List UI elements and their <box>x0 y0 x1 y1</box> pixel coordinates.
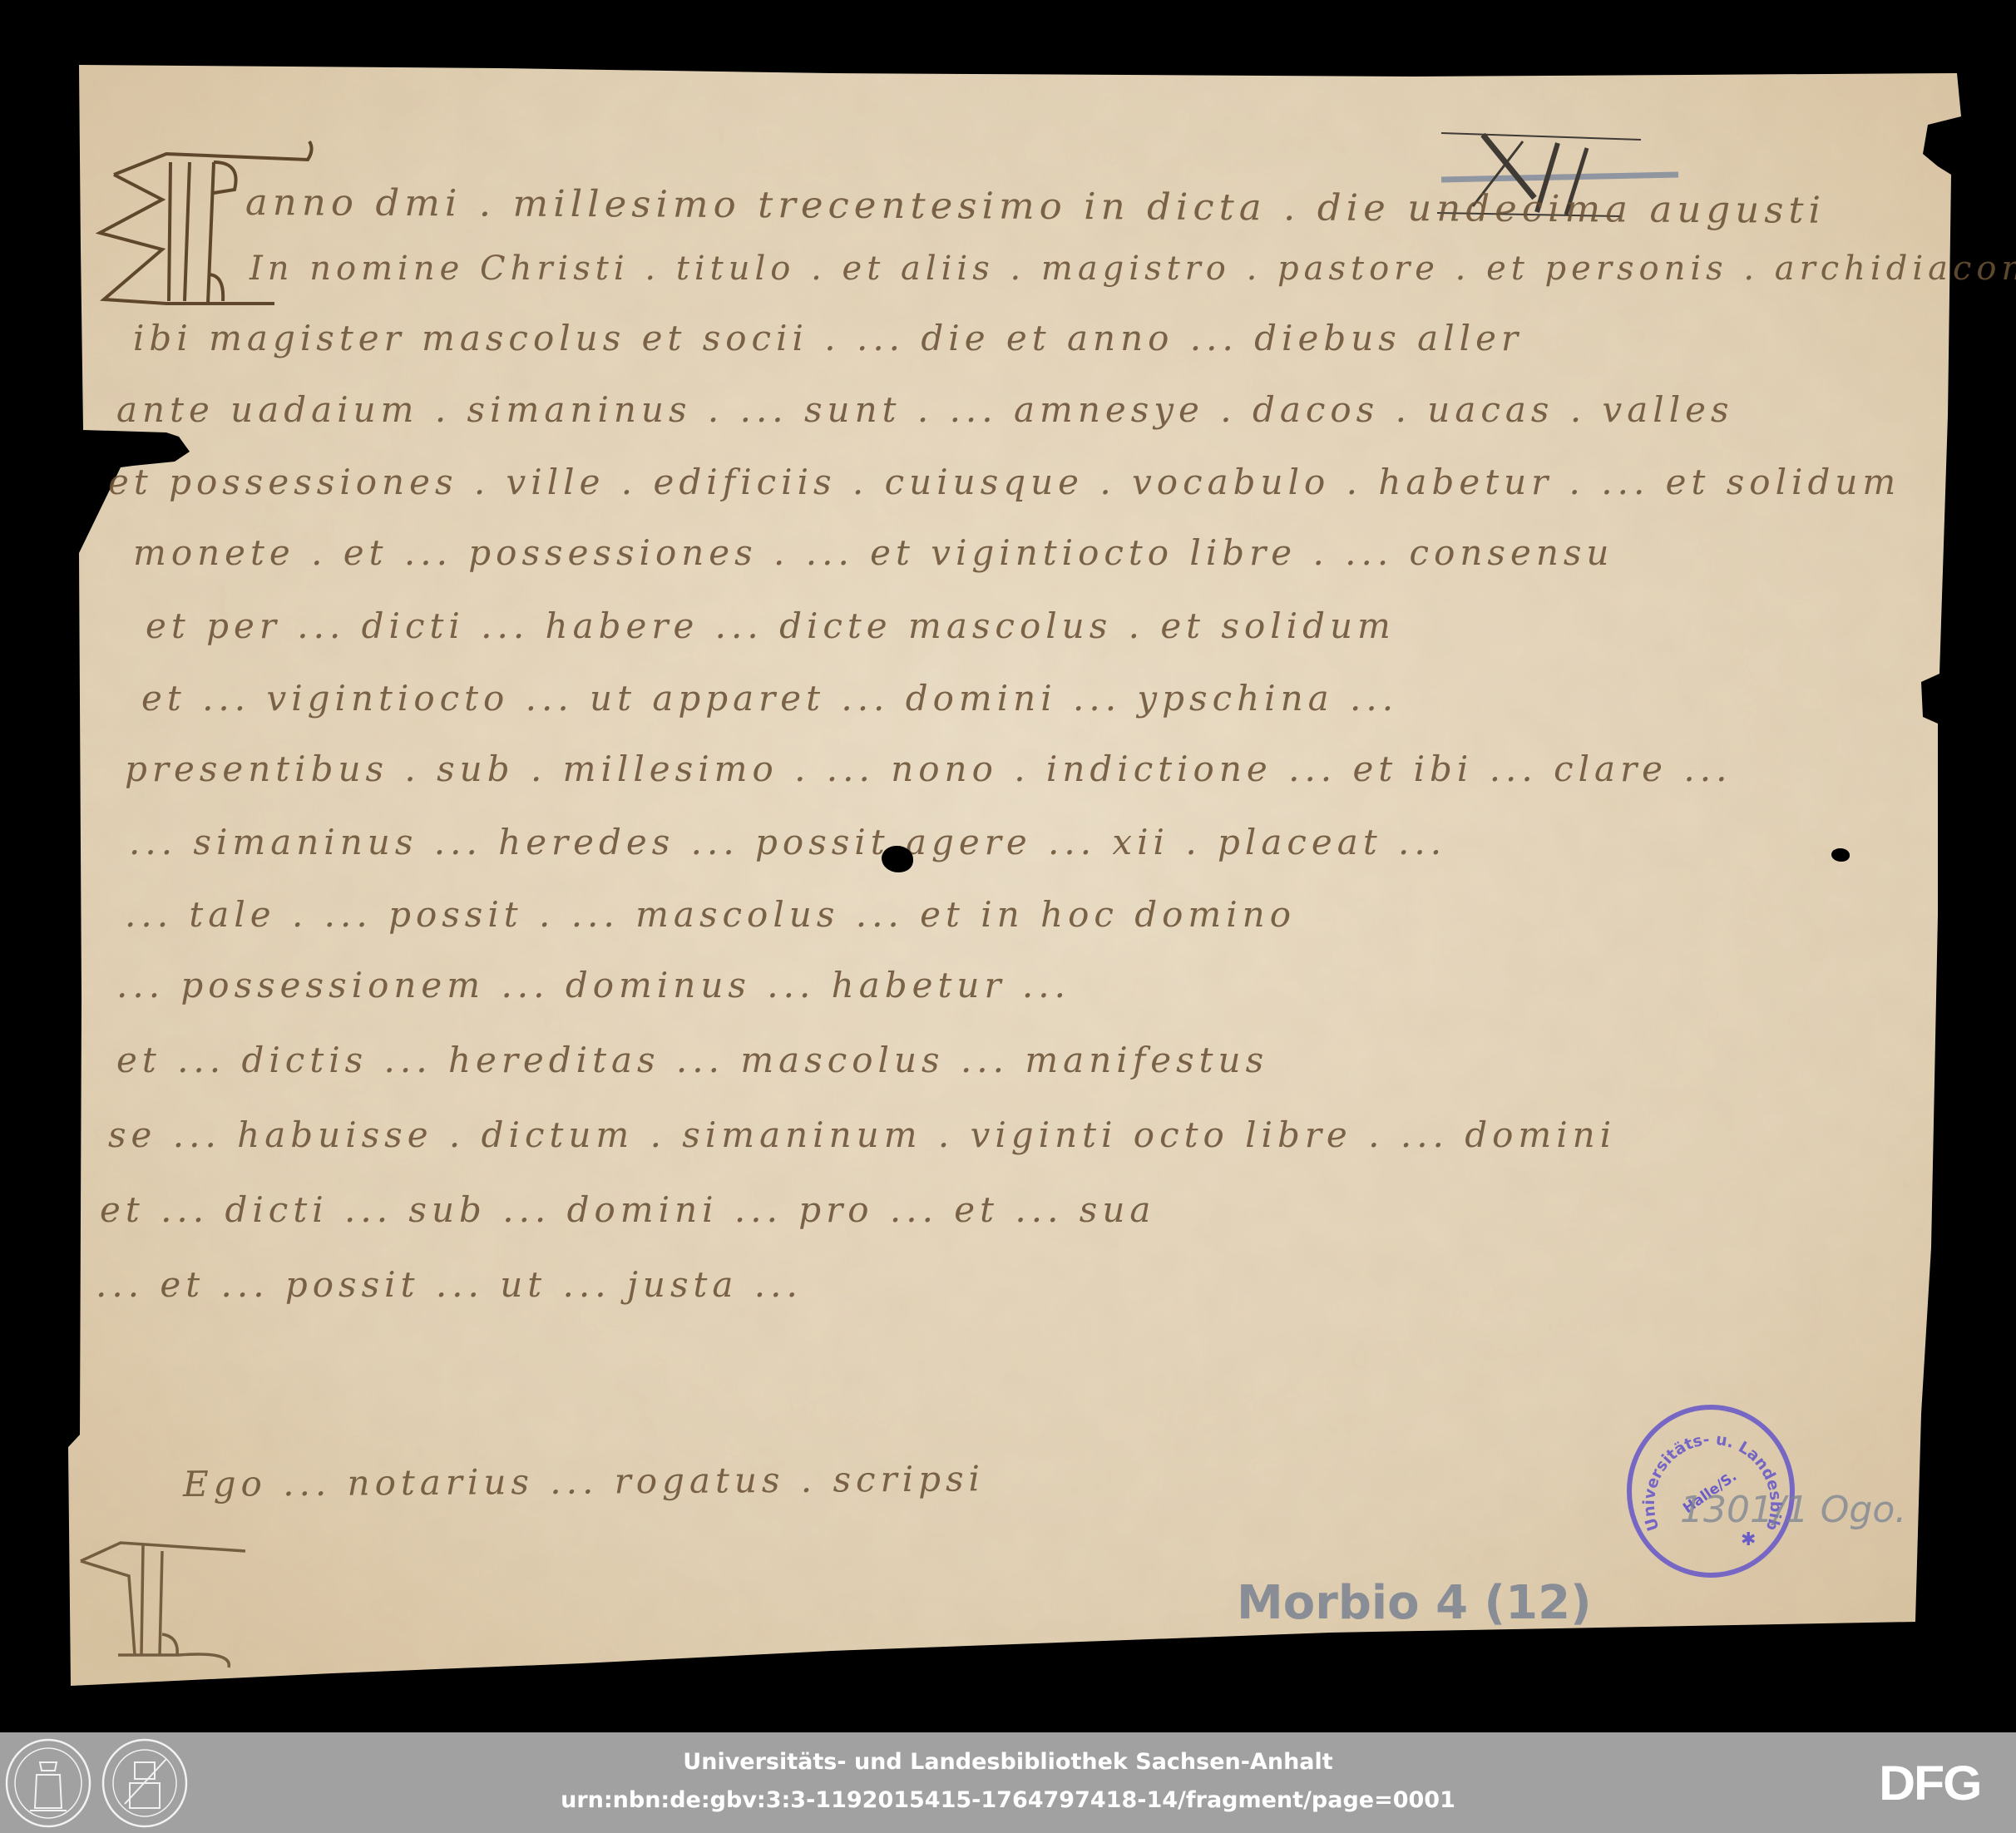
charter-text-line: et ... dicti ... sub ... domini ... pro … <box>100 1189 1155 1230</box>
charter-text-line: ... et ... possit ... ut ... justa ... <box>96 1264 803 1305</box>
institution-name: Universitäts- und Landesbibliothek Sachs… <box>0 1749 2016 1775</box>
charter-text-line: ante uadaium . simaninus . ... sunt . ..… <box>116 389 1734 430</box>
svg-text:✱: ✱ <box>1741 1529 1756 1550</box>
charter-text-line: se ... habuisse . dictum . simaninum . v… <box>108 1114 1616 1155</box>
charter-text-line: ... simaninus ... heredes ... possit age… <box>129 822 1446 862</box>
charter-text-line: ... tale . ... possit . ... mascolus ...… <box>125 894 1296 935</box>
urn-link[interactable]: urn:nbn:de:gbv:3:3-1192015415-1764797418… <box>0 1787 2016 1813</box>
charter-text-line: ... possessionem ... dominus ... habetur… <box>116 965 1070 1005</box>
document-viewer: anno dmi . millesimo trecentesimo in dic… <box>0 0 2016 1732</box>
charter-text-line: et per ... dicti ... habere ... dicte ma… <box>146 605 1396 646</box>
shelfmark-note: Morbio 4 (12) <box>1237 1576 1592 1630</box>
charter-text-line: et ... vigintiocto ... ut apparet ... do… <box>141 678 1398 719</box>
charter-text-line: et ... dictis ... hereditas ... mascolus… <box>116 1040 1268 1080</box>
charter-text-line: In nomine Christi . titulo . et aliis . … <box>250 250 2016 288</box>
dfg-logo: DFG <box>1879 1756 1980 1811</box>
charter-text-line: monete . et ... possessiones . ... et vi… <box>133 532 1613 573</box>
accession-note: 1301/1 Ogo. <box>1680 1489 1906 1531</box>
charter-text-line: presentibus . sub . millesimo . ... nono… <box>125 749 1732 789</box>
parchment-hole <box>882 846 913 872</box>
charter-text-line: et possessiones . ville . edificiis . cu… <box>108 462 1900 502</box>
charter-text-line: ibi magister mascolus et socii . ... die… <box>133 318 1523 358</box>
parchment-hole <box>1831 848 1850 862</box>
closing-line: Ego ... notarius ... rogatus . scripsi <box>183 1458 985 1504</box>
charter-text-line: anno dmi . millesimo trecentesimo in dic… <box>245 181 1826 232</box>
footer-bar: Universitäts- und Landesbibliothek Sachs… <box>0 1732 2016 1833</box>
